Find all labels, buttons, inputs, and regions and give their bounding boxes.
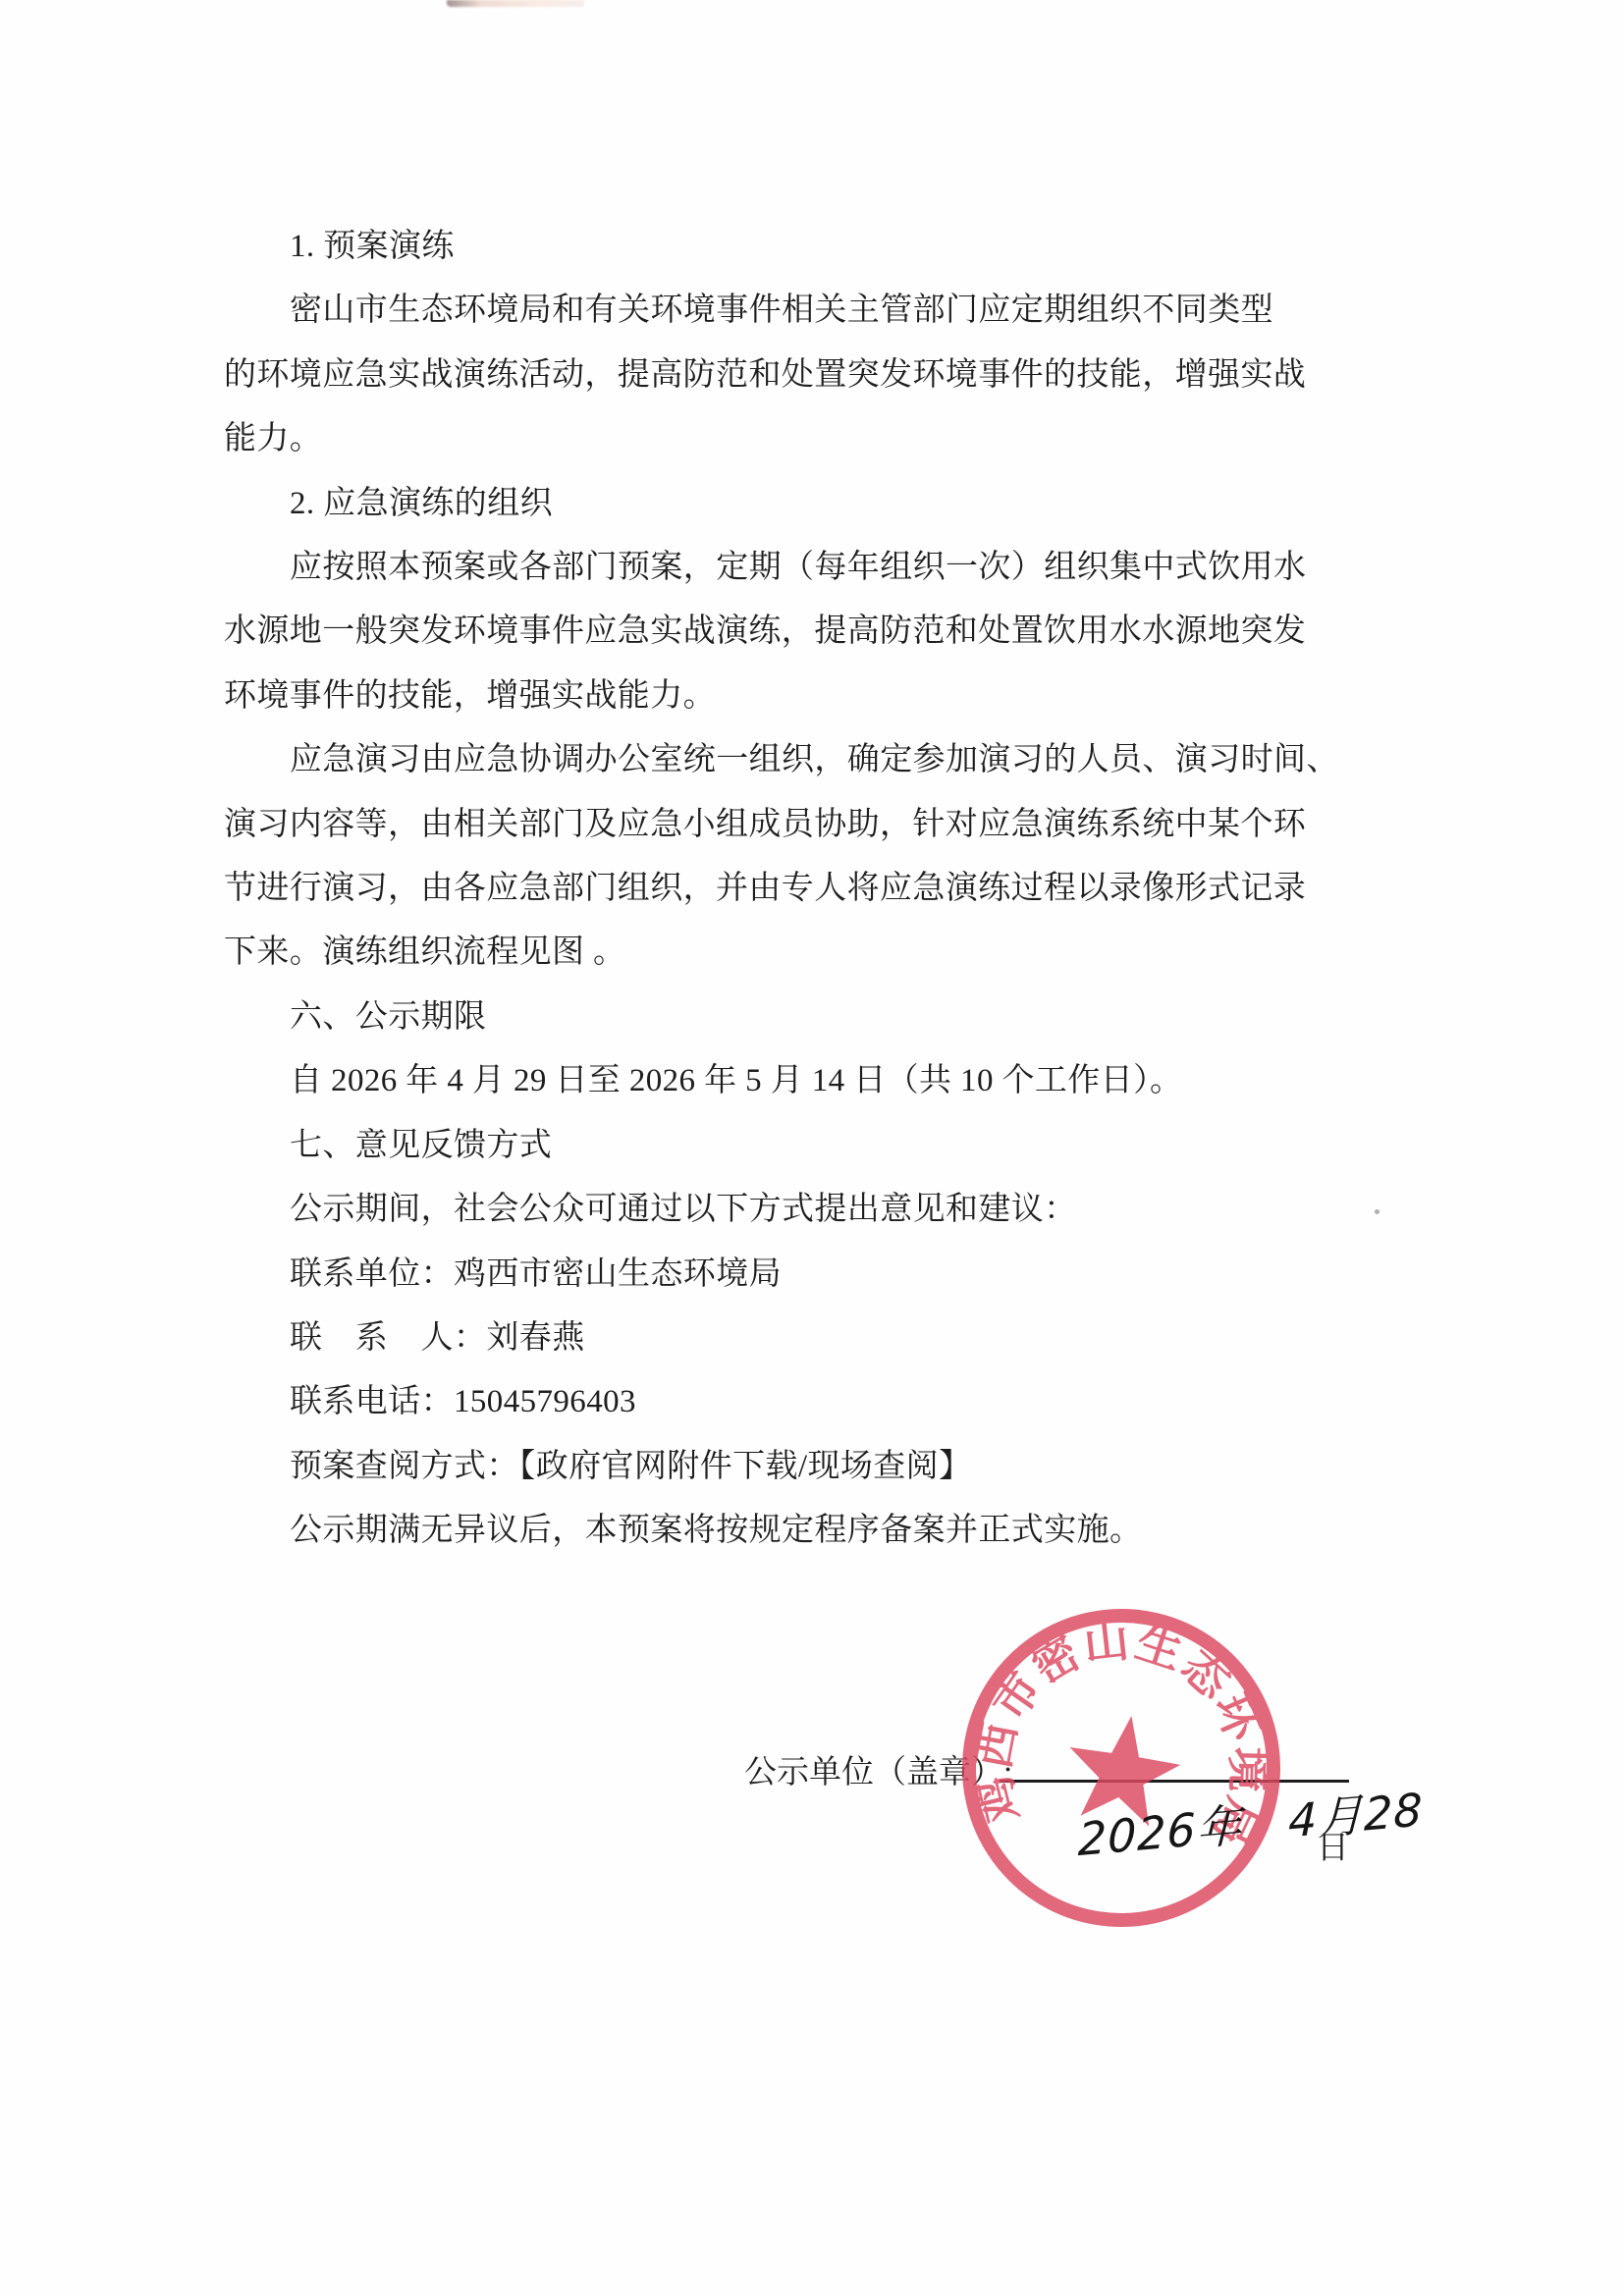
doc-line-closing: 公示期满无异议后，本预案将按规定程序备案并正式实施。 — [224, 1499, 1392, 1563]
doc-line: 1. 预案演练 — [224, 215, 1392, 279]
official-seal-icon: 鸡西市密山生态环境局 — [940, 1586, 1303, 1949]
doc-line: 密山市生态环境局和有关环境事件相关主管部门应定期组织不同类型 — [224, 279, 1392, 343]
doc-line-contact-phone: 联系电话：15045796403 — [224, 1370, 1392, 1434]
doc-line: 能力。 — [224, 407, 1392, 471]
doc-line: 环境事件的技能，增强实战能力。 — [224, 665, 1392, 728]
doc-line: 下来。演练组织流程见图 。 — [224, 921, 1392, 985]
doc-line-contact-person: 联 系 人：刘春燕 — [224, 1307, 1392, 1370]
doc-line: 演习内容等，由相关部门及应急小组成员协助，针对应急演练系统中某个环 — [224, 793, 1392, 857]
doc-line: 节进行演习，由各应急部门组织，并由专人将应急演练过程以录像形式记录 — [224, 857, 1392, 921]
doc-line: 应按照本预案或各部门预案，定期（每年组织一次）组织集中式饮用水 — [224, 536, 1392, 600]
scan-smudge-top — [447, 0, 584, 7]
document-body: 1. 预案演练 密山市生态环境局和有关环境事件相关主管部门应定期组织不同类型 的… — [224, 215, 1392, 1564]
doc-line-review-method: 预案查阅方式：【政府官网附件下载/现场查阅】 — [224, 1435, 1392, 1499]
doc-line: 水源地一般突发环境事件应急实战演练，提高防范和处置饮用水水源地突发 — [224, 600, 1392, 664]
doc-line-section-7: 七、意见反馈方式 — [224, 1114, 1392, 1178]
doc-line: 应急演习由应急协调办公室统一组织，确定参加演习的人员、演习时间、 — [224, 728, 1392, 792]
doc-line-contact-unit: 联系单位：鸡西市密山生态环境局 — [224, 1243, 1392, 1307]
doc-line-section-6: 六、公示期限 — [224, 986, 1392, 1049]
doc-line: 自 2026 年 4 月 29 日至 2026 年 5 月 14 日（共 10 … — [224, 1049, 1392, 1113]
doc-line: 2. 应急演练的组织 — [224, 472, 1392, 536]
scanned-document-page: 1. 预案演练 密山市生态环境局和有关环境事件相关主管部门应定期组织不同类型 的… — [0, 0, 1623, 2296]
doc-line: 公示期间，社会公众可通过以下方式提出意见和建议： — [224, 1178, 1392, 1242]
doc-line: 的环境应急实战演练活动，提高防范和处置突发环境事件的技能，增强实战 — [224, 344, 1392, 407]
date-suffix: 日 — [1317, 1822, 1349, 1868]
